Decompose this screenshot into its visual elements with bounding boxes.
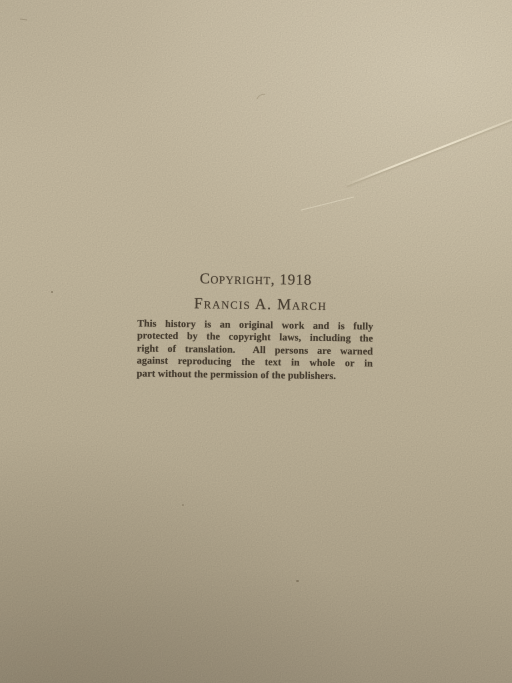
paper-speck	[182, 504, 184, 506]
copyright-notice: This history is an original work and is …	[137, 318, 374, 383]
book-page-photo: Copyright, 1918 Francis A. March This hi…	[0, 0, 512, 683]
copyright-block: Copyright, 1918 Francis A. March This hi…	[137, 268, 374, 383]
paper-speck	[296, 580, 299, 582]
copyright-holder-line: Francis A. March	[142, 296, 378, 314]
copyright-year-line: Copyright, 1918	[138, 271, 374, 289]
paper-speck	[51, 291, 53, 293]
